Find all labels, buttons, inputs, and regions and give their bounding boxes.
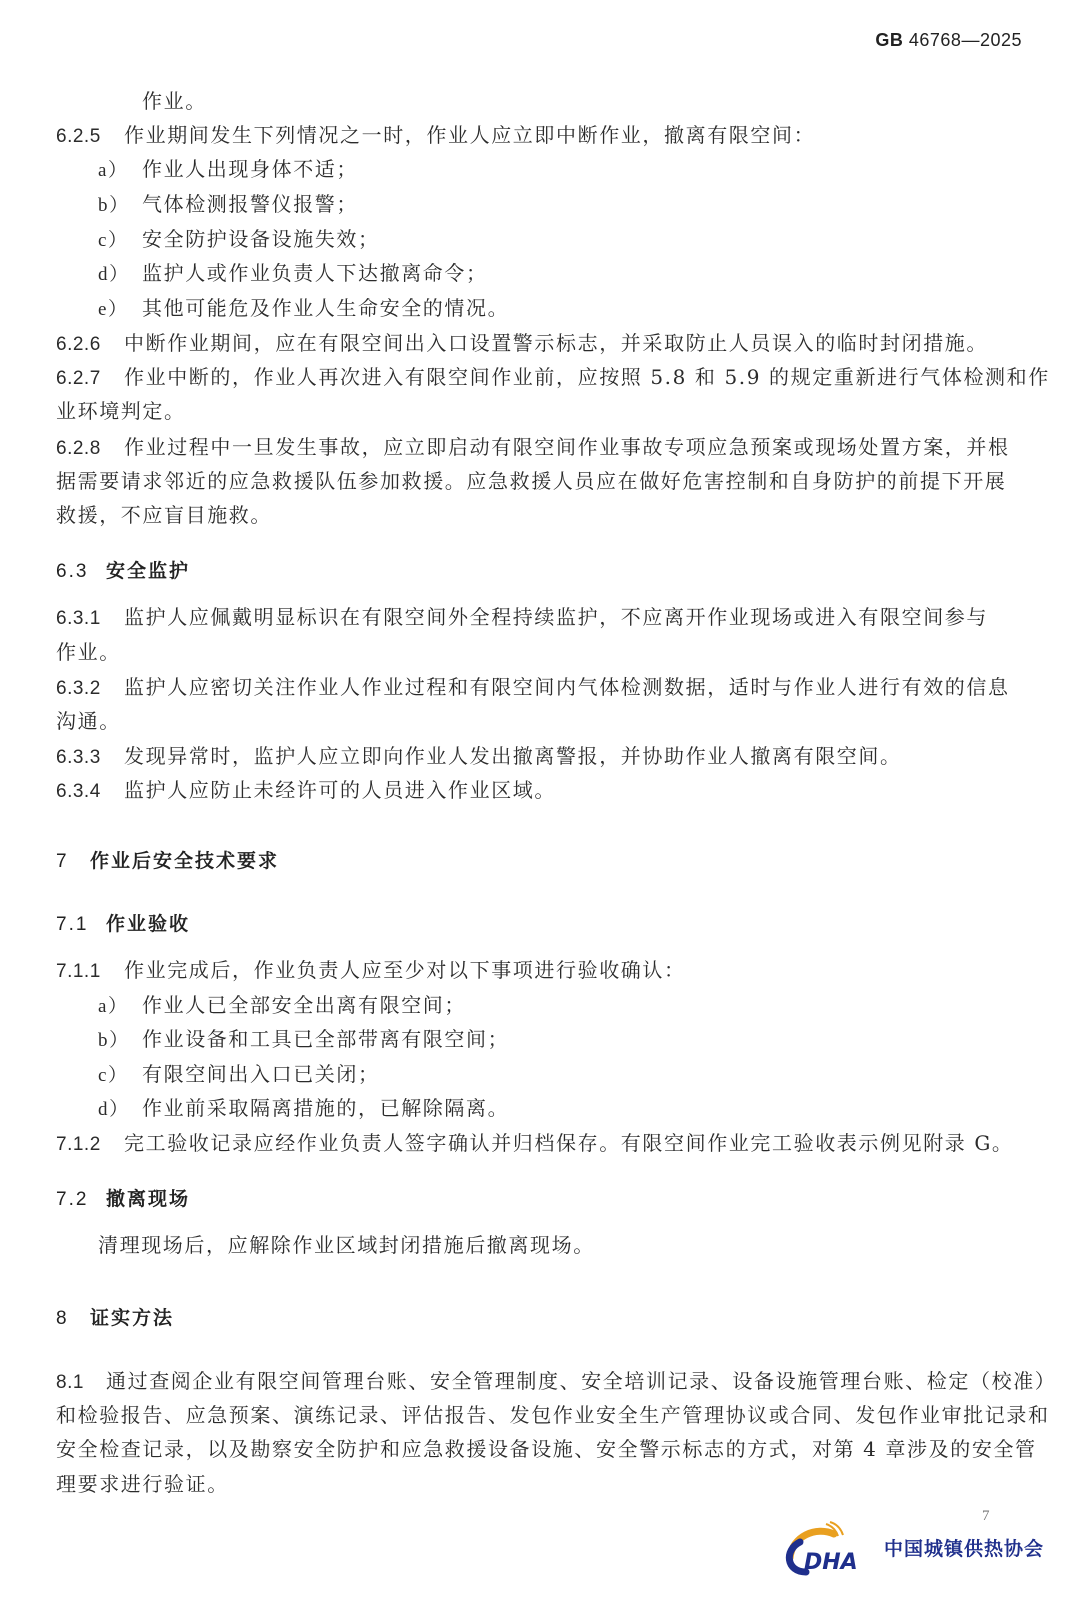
section-title: 安全监护	[106, 561, 190, 582]
paragraph-7-2: 清理现场后，应解除作业区域封闭措施后撤离现场。	[98, 1228, 595, 1262]
cdha-logo-mark-icon: DHA	[780, 1520, 880, 1580]
list-text: 作业设备和工具已全部带离有限空间；	[142, 1027, 509, 1051]
list-item: c）安全防护设备设施失效；	[98, 222, 380, 258]
list-item: d）监护人或作业负责人下达撤离命令；	[98, 256, 488, 292]
clause-text-continued: 理要求进行验证。	[56, 1467, 229, 1501]
chapter-heading-8: 8证实方法	[56, 1303, 174, 1330]
section-title: 作业验收	[106, 914, 190, 935]
clause-text: 作业完成后，作业负责人应至少对以下事项进行验收确认：	[124, 958, 686, 982]
clause-6-2-7: 6.2.7作业中断的，作业人再次进入有限空间作业前，应按照 5.8 和 5.9 …	[56, 360, 1050, 396]
clause-number: 7.1.2	[56, 1128, 124, 1162]
list-text: 作业前采取隔离措施的，已解除隔离。	[142, 1096, 509, 1120]
clause-number: 6.3.4	[56, 775, 124, 809]
list-label: c）	[98, 224, 142, 258]
list-item: a）作业人已全部安全出离有限空间；	[98, 988, 466, 1024]
clause-text-continued: 作业。	[56, 635, 121, 669]
clause-number: 6.3.1	[56, 602, 124, 636]
standard-prefix: GB	[875, 30, 903, 50]
list-item: b）气体检测报警仪报警；	[98, 187, 358, 223]
clause-text-continued: 救援，不应盲目施救。	[56, 498, 272, 532]
list-item: d）作业前采取隔离措施的，已解除隔离。	[98, 1091, 509, 1127]
clause-text: 完工验收记录应经作业负责人签字确认并归档保存。有限空间作业完工验收表示例见附录 …	[124, 1131, 1014, 1155]
clause-text: 作业过程中一旦发生事故，应立即启动有限空间作业事故专项应急预案或现场处置方案，并…	[124, 435, 1010, 459]
clause-number: 6.2.8	[56, 432, 124, 466]
standard-code: GB 46768—2025	[875, 30, 1022, 51]
clause-text: 监护人应佩戴明显标识在有限空间外全程持续监护，不应离开作业现场或进入有限空间参与	[124, 605, 988, 629]
clause-text-continued: 据需要请求邻近的应急救援队伍参加救援。应急救援人员应在做好危害控制和自身防护的前…	[56, 464, 1006, 498]
clause-text: 发现异常时，监护人应立即向作业人发出撤离警报，并协助作业人撤离有限空间。	[124, 744, 902, 768]
section-number: 7.2	[56, 1189, 106, 1211]
list-text: 作业人已全部安全出离有限空间；	[142, 993, 466, 1017]
section-number: 6.3	[56, 561, 106, 583]
standard-number: 46768—2025	[909, 30, 1022, 50]
clause-6-3-2: 6.3.2监护人应密切关注作业人作业过程和有限空间内气体检测数据，适时与作业人进…	[56, 670, 1010, 706]
clause-text-continued: 安全检查记录，以及勘察安全防护和应急救援设备设施、安全警示标志的方式，对第 4 …	[56, 1432, 1037, 1466]
list-item: c）有限空间出入口已关闭；	[98, 1057, 380, 1093]
clause-6-2-8: 6.2.8作业过程中一旦发生事故，应立即启动有限空间作业事故专项应急预案或现场处…	[56, 430, 1010, 466]
clause-number: 6.2.6	[56, 328, 124, 362]
clause-text: 监护人应密切关注作业人作业过程和有限空间内气体检测数据，适时与作业人进行有效的信…	[124, 675, 1010, 699]
chapter-title: 作业后安全技术要求	[90, 851, 279, 872]
cdha-logo-text: 中国城镇供热协会	[884, 1534, 1044, 1561]
list-label: c）	[98, 1059, 142, 1093]
clause-6-2-5: 6.2.5作业期间发生下列情况之一时，作业人应立即中断作业，撤离有限空间：	[56, 118, 815, 154]
chapter-title: 证实方法	[90, 1308, 174, 1329]
clause-text: 中断作业期间，应在有限空间出入口设置警示标志，并采取防止人员误入的临时封闭措施。	[124, 331, 988, 355]
clause-6-3-1: 6.3.1监护人应佩戴明显标识在有限空间外全程持续监护，不应离开作业现场或进入有…	[56, 600, 988, 636]
clause-number: 6.2.7	[56, 362, 124, 396]
section-number: 7.1	[56, 914, 106, 936]
list-label: a）	[98, 154, 142, 188]
list-label: b）	[98, 189, 142, 223]
list-label: e）	[98, 293, 142, 327]
clause-7-1-2: 7.1.2完工验收记录应经作业负责人签字确认并归档保存。有限空间作业完工验收表示…	[56, 1126, 1014, 1162]
chapter-number: 8	[56, 1308, 90, 1330]
list-label: d）	[98, 258, 142, 292]
list-item: a）作业人出现身体不适；	[98, 152, 358, 188]
clause-6-2-6: 6.2.6中断作业期间，应在有限空间出入口设置警示标志，并采取防止人员误入的临时…	[56, 326, 988, 362]
clause-text-continued: 和检验报告、应急预案、演练记录、评估报告、发包作业安全生产管理协议或合同、发包作…	[56, 1398, 1050, 1432]
chapter-number: 7	[56, 851, 90, 873]
section-heading-7-1: 7.1作业验收	[56, 909, 190, 936]
list-label: a）	[98, 990, 142, 1024]
list-label: b）	[98, 1024, 142, 1058]
list-text: 其他可能危及作业人生命安全的情况。	[142, 296, 509, 320]
clause-7-1-1: 7.1.1作业完成后，作业负责人应至少对以下事项进行验收确认：	[56, 953, 686, 989]
list-text: 作业人出现身体不适；	[142, 157, 358, 181]
section-title: 撤离现场	[106, 1189, 190, 1210]
clause-text-continued: 业环境判定。	[56, 394, 186, 428]
svg-text:DHA: DHA	[804, 1550, 858, 1575]
list-item: b）作业设备和工具已全部带离有限空间；	[98, 1022, 509, 1058]
clause-6-3-4: 6.3.4监护人应防止未经许可的人员进入作业区域。	[56, 773, 556, 809]
clause-number: 8.1	[56, 1366, 106, 1400]
clause-text-continued: 沟通。	[56, 704, 121, 738]
clause-text: 通过查阅企业有限空间管理台账、安全管理制度、安全培训记录、设备设施管理台账、检定…	[106, 1369, 1056, 1393]
section-heading-6-3: 6.3安全监护	[56, 556, 190, 583]
clause-number: 6.3.2	[56, 672, 124, 706]
chapter-heading-7: 7作业后安全技术要求	[56, 846, 279, 873]
clause-number: 6.2.5	[56, 120, 124, 154]
clause-number: 6.3.3	[56, 741, 124, 775]
clause-number: 7.1.1	[56, 955, 124, 989]
clause-6-3-3: 6.3.3发现异常时，监护人应立即向作业人发出撤离警报，并协助作业人撤离有限空间…	[56, 739, 902, 775]
list-text: 监护人或作业负责人下达撤离命令；	[142, 261, 488, 285]
list-item: e）其他可能危及作业人生命安全的情况。	[98, 291, 509, 327]
clause-text: 监护人应防止未经许可的人员进入作业区域。	[124, 778, 556, 802]
list-text: 有限空间出入口已关闭；	[142, 1062, 380, 1086]
continuation-text: 作业。	[142, 84, 207, 118]
list-text: 安全防护设备设施失效；	[142, 227, 380, 251]
cdha-logo: DHA 中国城镇供热协会	[780, 1520, 1050, 1580]
list-text: 气体检测报警仪报警；	[142, 192, 358, 216]
clause-text: 作业期间发生下列情况之一时，作业人应立即中断作业，撤离有限空间：	[124, 123, 815, 147]
clause-8-1: 8.1通过查阅企业有限空间管理台账、安全管理制度、安全培训记录、设备设施管理台账…	[56, 1364, 1056, 1400]
list-label: d）	[98, 1093, 142, 1127]
section-heading-7-2: 7.2撤离现场	[56, 1184, 190, 1211]
clause-text: 作业中断的，作业人再次进入有限空间作业前，应按照 5.8 和 5.9 的规定重新…	[124, 365, 1050, 389]
